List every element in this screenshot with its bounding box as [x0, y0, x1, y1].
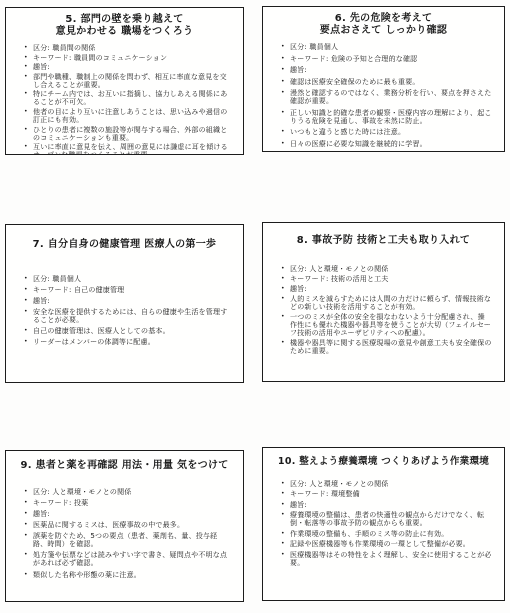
- bullet-icon: •: [24, 286, 28, 294]
- slide-title: 8. 事故予防 技術と工夫も取り入れて: [263, 235, 504, 247]
- bullet-item: •誤薬を防ぐため、5つの要点（患者、薬剤名、量、投与経路、時間）を確認。: [23, 532, 231, 548]
- bullet-icon: •: [24, 327, 28, 335]
- slide-title-line: 7. 自分自身の健康管理 医療人の第一歩: [6, 239, 243, 251]
- bullet-item: •医療機器等はその特性をよく理解し、安全に使用することが必要。: [280, 551, 492, 567]
- bullet-list: •区分: 職員個人•キーワード: 危険の予知と合理的な確認•趣旨:•確認は医療安…: [263, 43, 504, 148]
- bullet-icon: •: [24, 499, 28, 507]
- bullet-item: •自己の健康管理は、医療人としての基本。: [23, 327, 231, 335]
- handout-grid: 5. 部門の壁を乗り越えて意見かわせる 職場をつくろう•区分: 職員間の関係•キ…: [0, 0, 510, 613]
- bullet-icon: •: [24, 510, 28, 518]
- bullet-icon: •: [281, 540, 285, 548]
- bullet-icon: •: [281, 313, 285, 321]
- bullet-text: 人的ミスを減らすためには人間の力だけに頼らず、情報技術などの新しい技術を活用する…: [290, 295, 491, 311]
- bullet-icon: •: [281, 295, 285, 303]
- bullet-text: 趣旨:: [33, 297, 50, 305]
- slide-title: 7. 自分自身の健康管理 医療人の第一歩: [6, 239, 243, 251]
- bullet-item: •キーワード: 危険の予知と合理的な確認: [280, 55, 492, 63]
- slide-title: 6. 先の危険を考えて要点おさえて しっかり確認: [263, 13, 504, 36]
- bullet-text: 他者の目により互いに注意しあうことは、思い込みや過信の訂正にも有効。: [33, 108, 227, 124]
- bullet-item: •確認は医療安全確保のために最も重要。: [280, 78, 492, 86]
- bullet-item: •特にチーム内では、お互いに指摘し、協力しあえる関係にあることが不可欠。: [23, 90, 231, 106]
- bullet-text: 正しい知識と的確な患者の観察・医療内容の理解により、起こりうる危険を見通し、事故…: [290, 109, 492, 125]
- slide-6: 6. 先の危険を考えて要点おさえて しっかり確認•区分: 職員個人•キーワード:…: [262, 6, 505, 152]
- bullet-item: •作業環境の整備も、手順のミス等の防止に有効。: [280, 530, 492, 538]
- bullet-text: 自己の健康管理は、医療人としての基本。: [33, 327, 170, 335]
- bullet-icon: •: [281, 109, 285, 117]
- bullet-item: •キーワード: 自己の健康管理: [23, 286, 231, 294]
- bullet-item: •記録や医療機器等も作業環境の一環として整備が必要。: [280, 540, 492, 548]
- bullet-item: •キーワード: 投薬: [23, 499, 231, 507]
- bullet-text: ひとりの患者に複数の施設等が関与する場合、外部の組織とのコミュニケーションも重要…: [33, 126, 227, 142]
- bullet-icon: •: [281, 551, 285, 559]
- bullet-item: •リーダーはメンバーの体調等に配慮。: [23, 338, 231, 346]
- bullet-item: •部門や職種、職制上の関係を問わず、相互に率直な意見を交し合えることが重要。: [23, 73, 231, 89]
- bullet-icon: •: [24, 90, 28, 98]
- bullet-text: 趣旨:: [33, 510, 50, 518]
- bullet-icon: •: [24, 338, 28, 346]
- bullet-item: •区分: 職員個人: [23, 275, 231, 283]
- bullet-icon: •: [281, 480, 285, 488]
- bullet-icon: •: [24, 571, 28, 579]
- bullet-item: •ひとりの患者に複数の施設等が関与する場合、外部の組織とのコミュニケーションも重…: [23, 126, 231, 142]
- bullet-text: 区分: 人と環境・モノとの関係: [290, 480, 389, 488]
- bullet-text: 療養環境の整備は、患者の快適性の観点からだけでなく、転倒・転落等の事故予防の観点…: [290, 511, 484, 527]
- slide-title-line: 5. 部門の壁を乗り越えて: [6, 14, 243, 26]
- bullet-item: •キーワード: 職員間のコミュニケーション: [23, 54, 231, 62]
- bullet-text: 処方箋や伝票などは読みやすい字で書き、疑問点や不明な点があれば必ず確認。: [33, 551, 227, 567]
- bullet-icon: •: [24, 551, 28, 559]
- slide-8: 8. 事故予防 技術と工夫も取り入れて•区分: 人と環境・モノとの関係•キーワー…: [262, 222, 505, 382]
- bullet-text: リーダーはメンバーの体調等に配慮。: [33, 338, 155, 346]
- bullet-text: 類似した名称や形態の薬に注意。: [33, 571, 141, 579]
- bullet-icon: •: [281, 530, 285, 538]
- bullet-text: 安全な医療を提供するためには、自らの健康や生活を管理することが必要。: [33, 308, 227, 324]
- bullet-icon: •: [281, 55, 285, 63]
- bullet-icon: •: [24, 308, 28, 316]
- bullet-list: •区分: 人と環境・モノとの関係•キーワード: 技術の活用と工夫•趣旨:•人的ミ…: [263, 265, 504, 355]
- bullet-icon: •: [281, 66, 285, 74]
- bullet-text: いつもと違うと感じた時には注意。: [290, 128, 405, 136]
- bullet-icon: •: [281, 501, 285, 509]
- bullet-text: キーワード: 危険の予知と合理的な確認: [290, 55, 417, 63]
- bullet-item: •日々の医療に必要な知識を継続的に学習。: [280, 140, 492, 148]
- bullet-item: •区分: 人と環境・モノとの関係: [23, 488, 231, 496]
- bullet-item: •いつもと違うと感じた時には注意。: [280, 128, 492, 136]
- slide-7: 7. 自分自身の健康管理 医療人の第一歩•区分: 職員個人•キーワード: 自己の…: [5, 224, 244, 383]
- bullet-text: 日々の医療に必要な知識を継続的に学習。: [290, 140, 427, 148]
- bullet-text: 区分: 人と環境・モノとの関係: [290, 265, 389, 273]
- slide-10: 10. 整えよう療養環境 つくりあげよう作業環境•区分: 人と環境・モノとの関係…: [262, 447, 505, 601]
- bullet-item: •処方箋や伝票などは読みやすい字で書き、疑問点や不明な点があれば必ず確認。: [23, 551, 231, 567]
- bullet-item: •趣旨:: [280, 501, 492, 509]
- bullet-icon: •: [24, 73, 28, 81]
- bullet-text: 趣旨:: [33, 63, 50, 71]
- bullet-list: •区分: 職員個人•キーワード: 自己の健康管理•趣旨:•安全な医療を提供するた…: [6, 275, 243, 346]
- bullet-icon: •: [24, 143, 28, 151]
- slide-title-line: 8. 事故予防 技術と工夫も取り入れて: [263, 235, 504, 247]
- bullet-text: 記録や医療機器等も作業環境の一環として整備が必要。: [290, 540, 470, 548]
- bullet-item: •趣旨:: [23, 510, 231, 518]
- bullet-item: •区分: 人と環境・モノとの関係: [280, 265, 492, 273]
- bullet-item: •趣旨:: [280, 285, 492, 293]
- slide-5: 5. 部門の壁を乗り越えて意見かわせる 職場をつくろう•区分: 職員間の関係•キ…: [5, 7, 244, 155]
- bullet-icon: •: [24, 488, 28, 496]
- bullet-text: 漫然と確認するのではなく、業務分析を行い、要点を押さえた確認が重要。: [290, 89, 491, 105]
- bullet-text: キーワード: 自己の健康管理: [33, 286, 124, 294]
- bullet-item: •類似した名称や形態の薬に注意。: [23, 571, 231, 579]
- bullet-icon: •: [281, 78, 285, 86]
- bullet-item: •人的ミスを減らすためには人間の力だけに頼らず、情報技術などの新しい技術を活用す…: [280, 295, 492, 311]
- bullet-text: 趣旨:: [290, 501, 307, 509]
- bullet-text: 一つのミスが全体の安全を損なわないよう十分配慮され、操作性にも優れた機器や器具等…: [290, 313, 491, 337]
- bullet-text: 趣旨:: [290, 66, 307, 74]
- bullet-icon: •: [24, 297, 28, 305]
- bullet-icon: •: [24, 521, 28, 529]
- bullet-item: •趣旨:: [23, 63, 231, 71]
- bullet-list: •区分: 職員間の関係•キーワード: 職員間のコミュニケーション•趣旨:•部門や…: [6, 44, 243, 155]
- bullet-text: キーワード: 投薬: [33, 499, 88, 507]
- bullet-item: •互いに率直に意見を伝え、周囲の意見には謙虚に耳を傾けるオープンな職場をつくるこ…: [23, 143, 231, 155]
- bullet-icon: •: [24, 54, 28, 62]
- bullet-item: •医薬品に関するミスは、医療事故の中で最多。: [23, 521, 231, 529]
- bullet-icon: •: [24, 126, 28, 134]
- bullet-text: 誤薬を防ぐため、5つの要点（患者、薬剤名、量、投与経路、時間）を確認。: [33, 532, 217, 548]
- bullet-icon: •: [281, 285, 285, 293]
- slide-title-line: 9. 患者と薬を再確認 用法・用量 気をつけて: [6, 460, 243, 472]
- bullet-item: •趣旨:: [23, 297, 231, 305]
- bullet-text: キーワード: 職員間のコミュニケーション: [33, 54, 167, 62]
- bullet-item: •区分: 人と環境・モノとの関係: [280, 480, 492, 488]
- bullet-list: •区分: 人と環境・モノとの関係•キーワード: 環境整備•趣旨:•療養環境の整備…: [263, 480, 504, 567]
- bullet-text: 機器や器具等に関する医療現場の意見や創意工夫も安全確保のために重要。: [290, 339, 492, 355]
- slide-9: 9. 患者と薬を再確認 用法・用量 気をつけて•区分: 人と環境・モノとの関係•…: [5, 450, 244, 602]
- bullet-text: 区分: 職員個人: [33, 275, 81, 283]
- bullet-item: •機器や器具等に関する医療現場の意見や創意工夫も安全確保のために重要。: [280, 339, 492, 355]
- bullet-icon: •: [24, 44, 28, 52]
- bullet-text: 区分: 人と環境・モノとの関係: [33, 488, 132, 496]
- bullet-item: •療養環境の整備は、患者の快適性の観点からだけでなく、転倒・転落等の事故予防の観…: [280, 511, 492, 527]
- bullet-text: 作業環境の整備も、手順のミス等の防止に有効。: [290, 530, 448, 538]
- bullet-text: 互いに率直に意見を伝え、周囲の意見には謙虚に耳を傾けるオープンな職場をつくること…: [33, 143, 228, 155]
- bullet-text: 医薬品に関するミスは、医療事故の中で最多。: [33, 521, 184, 529]
- bullet-text: 特にチーム内では、お互いに指摘し、協力しあえる関係にあることが不可欠。: [33, 90, 227, 106]
- bullet-icon: •: [24, 63, 28, 71]
- bullet-text: キーワード: 環境整備: [290, 490, 360, 498]
- bullet-icon: •: [24, 275, 28, 283]
- slide-title-line: 6. 先の危険を考えて: [263, 13, 504, 25]
- bullet-text: 確認は医療安全確保のために最も重要。: [290, 78, 420, 86]
- bullet-item: •漫然と確認するのではなく、業務分析を行い、要点を押さえた確認が重要。: [280, 89, 492, 105]
- bullet-item: •趣旨:: [280, 66, 492, 74]
- slide-title-line: 要点おさえて しっかり確認: [263, 25, 504, 37]
- bullet-item: •正しい知識と的確な患者の観察・医療内容の理解により、起こりうる危険を見通し、事…: [280, 109, 492, 125]
- bullet-item: •安全な医療を提供するためには、自らの健康や生活を管理することが必要。: [23, 308, 231, 324]
- bullet-icon: •: [281, 265, 285, 273]
- bullet-list: •区分: 人と環境・モノとの関係•キーワード: 投薬•趣旨:•医薬品に関するミス…: [6, 488, 243, 579]
- bullet-icon: •: [281, 511, 285, 519]
- bullet-text: 区分: 職員個人: [290, 43, 338, 51]
- bullet-icon: •: [281, 140, 285, 148]
- bullet-icon: •: [24, 108, 28, 116]
- bullet-text: 趣旨:: [290, 285, 307, 293]
- bullet-icon: •: [281, 43, 285, 51]
- slide-title-line: 10. 整えよう療養環境 つくりあげよう作業環境: [263, 456, 504, 468]
- bullet-icon: •: [24, 532, 28, 540]
- slide-title-line: 意見かわせる 職場をつくろう: [6, 26, 243, 38]
- bullet-item: •区分: 職員個人: [280, 43, 492, 51]
- bullet-item: •他者の目により互いに注意しあうことは、思い込みや過信の訂正にも有効。: [23, 108, 231, 124]
- bullet-item: •キーワード: 環境整備: [280, 490, 492, 498]
- slide-title: 10. 整えよう療養環境 つくりあげよう作業環境: [263, 456, 504, 468]
- slide-title: 9. 患者と薬を再確認 用法・用量 気をつけて: [6, 460, 243, 472]
- bullet-text: 医療機器等はその特性をよく理解し、安全に使用することが必要。: [290, 551, 492, 567]
- bullet-text: 部門や職種、職制上の関係を問わず、相互に率直な意見を交し合えることが重要。: [33, 73, 227, 89]
- bullet-icon: •: [281, 339, 285, 347]
- bullet-icon: •: [281, 275, 285, 283]
- slide-title: 5. 部門の壁を乗り越えて意見かわせる 職場をつくろう: [6, 14, 243, 37]
- bullet-icon: •: [281, 128, 285, 136]
- bullet-item: •一つのミスが全体の安全を損なわないよう十分配慮され、操作性にも優れた機器や器具…: [280, 313, 492, 337]
- bullet-text: 区分: 職員間の関係: [33, 44, 96, 52]
- bullet-icon: •: [281, 490, 285, 498]
- bullet-text: キーワード: 技術の活用と工夫: [290, 275, 389, 283]
- bullet-item: •区分: 職員間の関係: [23, 44, 231, 52]
- bullet-icon: •: [281, 89, 285, 97]
- bullet-item: •キーワード: 技術の活用と工夫: [280, 275, 492, 283]
